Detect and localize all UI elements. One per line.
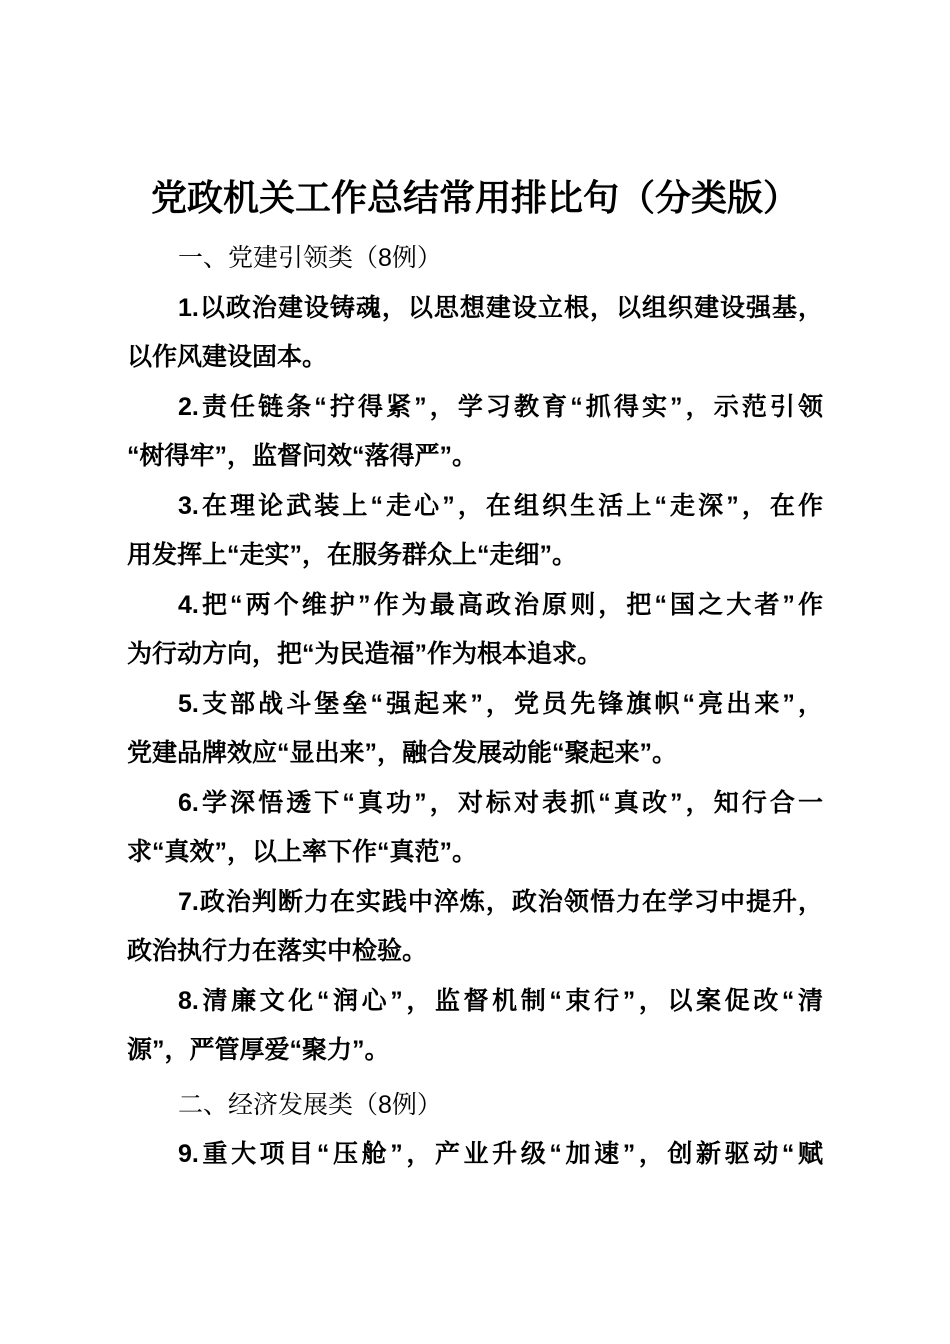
document-body: 一、党建引领类（8例）1.以政治建设铸魂，以思想建设立根，以组织建设强基，以作风… (127, 234, 823, 1180)
paragraph-line: 1.以政治建设铸魂，以思想建设立根，以组织建设强基， (127, 284, 823, 334)
paragraph-line: 8.清廉文化“润心”，监督机制“束行”，以案促改“清 (127, 977, 823, 1027)
paragraph: 8.清廉文化“润心”，监督机制“束行”，以案促改“清源”，严管厚爱“聚力”。 (127, 977, 823, 1076)
paragraph-line: 9.重大项目“压舱”，产业升级“加速”，创新驱动“赋 (127, 1130, 823, 1180)
paragraph: 3.在理论武装上“走心”，在组织生活上“走深”，在作用发挥上“走实”，在服务群众… (127, 482, 823, 581)
paragraph-line: 政治执行力在落实中检验。 (127, 927, 823, 977)
paragraph: 1.以政治建设铸魂，以思想建设立根，以组织建设强基，以作风建设固本。 (127, 284, 823, 383)
paragraph-line: 7.政治判断力在实践中淬炼，政治领悟力在学习中提升， (127, 878, 823, 928)
section-heading: 一、党建引领类（8例） (127, 234, 823, 284)
paragraph: 5.支部战斗堡垒“强起来”，党员先锋旗帜“亮出来”，党建品牌效应“显出来”，融合… (127, 680, 823, 779)
paragraph-line: 4.把“两个维护”作为最高政治原则，把“国之大者”作 (127, 581, 823, 631)
paragraph: 4.把“两个维护”作为最高政治原则，把“国之大者”作为行动方向，把“为民造福”作… (127, 581, 823, 680)
paragraph: 7.政治判断力在实践中淬炼，政治领悟力在学习中提升，政治执行力在落实中检验。 (127, 878, 823, 977)
paragraph-line: 2.责任链条“拧得紧”，学习教育“抓得实”，示范引领 (127, 383, 823, 433)
paragraph-line: 源”，严管厚爱“聚力”。 (127, 1026, 823, 1076)
paragraph-line: 3.在理论武装上“走心”，在组织生活上“走深”，在作 (127, 482, 823, 532)
paragraph-line: 为行动方向，把“为民造福”作为根本追求。 (127, 630, 823, 680)
paragraph: 2.责任链条“拧得紧”，学习教育“抓得实”，示范引领“树得牢”，监督问效“落得严… (127, 383, 823, 482)
paragraph-line: 党建品牌效应“显出来”，融合发展动能“聚起来”。 (127, 729, 823, 779)
document-content: 党政机关工作总结常用排比句（分类版） 一、党建引领类（8例）1.以政治建设铸魂，… (127, 172, 823, 1180)
section-heading: 二、经济发展类（8例） (127, 1081, 823, 1131)
paragraph-line: 5.支部战斗堡垒“强起来”，党员先锋旗帜“亮出来”， (127, 680, 823, 730)
paragraph-line: 求“真效”，以上率下作“真范”。 (127, 828, 823, 878)
paragraph-line: 用发挥上“走实”，在服务群众上“走细”。 (127, 531, 823, 581)
paragraph-line: “树得牢”，监督问效“落得严”。 (127, 432, 823, 482)
document-page: 党政机关工作总结常用排比句（分类版） 一、党建引领类（8例）1.以政治建设铸魂，… (0, 0, 950, 1344)
paragraph-line: 以作风建设固本。 (127, 333, 823, 383)
paragraph: 6.学深悟透下“真功”，对标对表抓“真改”，知行合一求“真效”，以上率下作“真范… (127, 779, 823, 878)
document-title: 党政机关工作总结常用排比句（分类版） (127, 172, 823, 224)
paragraph-line: 6.学深悟透下“真功”，对标对表抓“真改”，知行合一 (127, 779, 823, 829)
paragraph: 9.重大项目“压舱”，产业升级“加速”，创新驱动“赋 (127, 1130, 823, 1180)
